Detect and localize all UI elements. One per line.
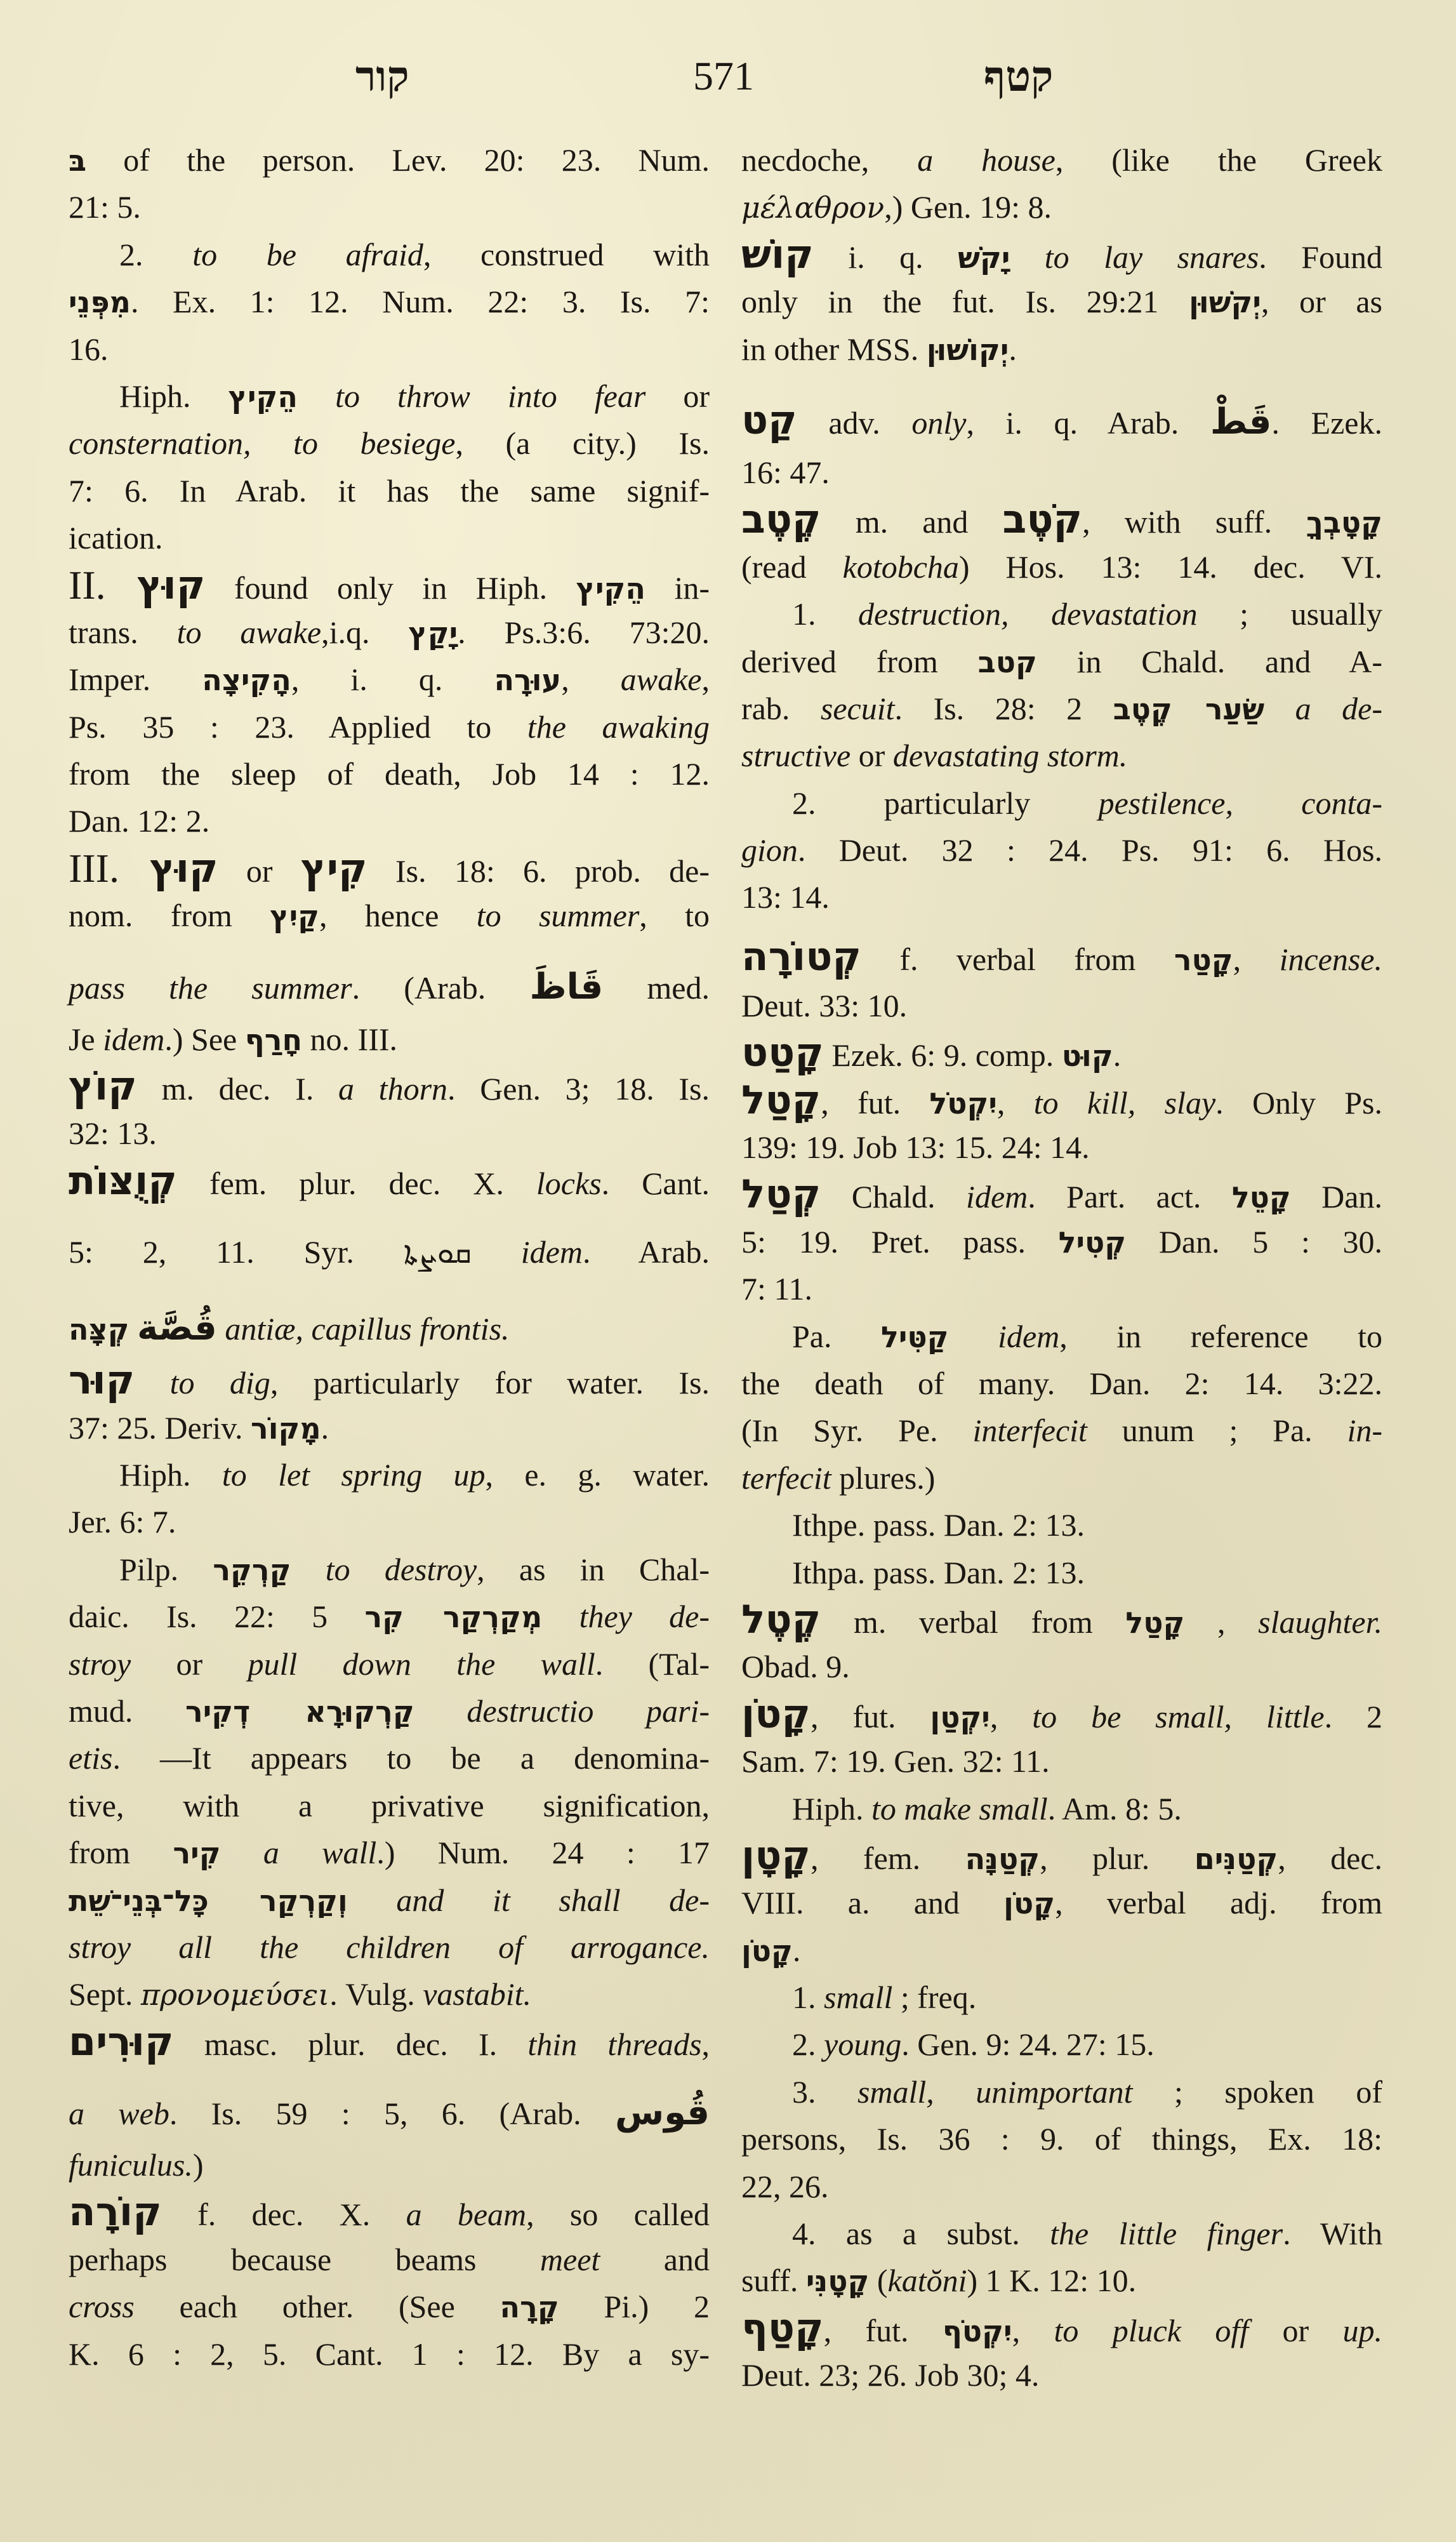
arabic-word: قَاظَ xyxy=(529,966,603,1008)
text-line: Ithpa. pass. Dan. 2: 13. xyxy=(741,1549,1382,1596)
text-run: 16. xyxy=(69,331,109,367)
arabic-word: قَطْ xyxy=(1210,401,1272,443)
italic-gloss: cross xyxy=(69,2289,135,2324)
text-run: . —It appears to be a denomina- xyxy=(112,1740,710,1776)
text-run: , fut. xyxy=(821,1085,929,1121)
text-run: Hiph. xyxy=(792,1791,871,1827)
italic-gloss: small xyxy=(824,1980,892,2015)
italic-gloss: structive xyxy=(741,738,850,773)
headword-hebrew: קָטַף xyxy=(741,2305,824,2351)
text-run: 21: 5. xyxy=(69,189,141,225)
italic-gloss: thin threads xyxy=(527,2026,701,2062)
italic-gloss: to lay snares xyxy=(1045,239,1259,275)
headword-hebrew: קְוֻצּוֹת xyxy=(69,1157,177,1204)
text-run: , xyxy=(997,1085,1034,1121)
headword-hebrew: קוּץ xyxy=(150,845,218,891)
hebrew-word: בּ xyxy=(69,143,86,178)
text-line: K. 6 : 2, 5. Cant. 1 : 12. By a sy- xyxy=(69,2331,710,2378)
text-run xyxy=(949,1319,998,1354)
text-run: . xyxy=(793,1933,801,1968)
text-run: 4. as a subst. xyxy=(792,2216,1050,2251)
text-line: 1. destruction, devastation ; usually xyxy=(741,590,1382,637)
italic-gloss: stroy all the children of arrogance. xyxy=(69,1929,710,1965)
italic-gloss: idem xyxy=(998,1319,1059,1354)
text-run: 139: 19. Job 13: 15. 24: 14. xyxy=(741,1129,1090,1165)
italic-gloss: to pluck off xyxy=(1054,2313,1248,2348)
hebrew-word: יְקוֹשׁוּן xyxy=(927,333,1009,367)
text-line: nom. from קַיִץ, hence to summer, to xyxy=(69,892,710,939)
italic-gloss: small, unimportant xyxy=(857,2074,1133,2110)
hebrew-word: קַטִּיל xyxy=(881,1320,949,1354)
text-run xyxy=(414,1693,467,1729)
text-run: . Is. 59 : 5, 6. (Arab. xyxy=(169,2096,615,2131)
text-line: in other MSS. יְקוֹשׁוּן. xyxy=(741,326,1382,373)
running-head-first-word: קור xyxy=(355,44,409,108)
text-run: Deut. 33: 10. xyxy=(741,988,907,1023)
text-run: daic. Is. 22: 5 xyxy=(69,1599,364,1634)
text-run: . Found xyxy=(1259,239,1382,275)
text-line: Sept. προνομεύσει. Vulg. vastabit. xyxy=(69,1971,710,2018)
text-run: (In Syr. Pe. xyxy=(741,1413,972,1448)
text-run: each other. (See xyxy=(135,2289,500,2324)
text-line: derived from קטב in Chald. and A- xyxy=(741,638,1382,685)
text-run: , particularly for water. Is. xyxy=(270,1365,710,1401)
text-run: med. xyxy=(603,970,710,1006)
text-line: cross each other. (See קָרָה Pi.) 2 xyxy=(69,2283,710,2330)
text-run: Hiph. xyxy=(119,378,228,414)
text-line: קָטַף, fut. יִקְטֹף, to pluck off or up. xyxy=(741,2305,1382,2352)
text-run: . Part. act. xyxy=(1028,1179,1232,1214)
text-run: only in the fut. Is. 29:21 xyxy=(741,284,1189,319)
text-line: 5: 2, 11. Syr. ܩܘܨܬܐ idem. Arab. xyxy=(69,1204,710,1281)
hebrew-word: יָקַץ xyxy=(408,616,458,650)
headword-hebrew: קָטֹן xyxy=(741,1691,811,1737)
italic-gloss: locks xyxy=(536,1166,602,1201)
homonym-number: III. xyxy=(69,846,150,891)
italic-gloss: young xyxy=(824,2026,901,2062)
text-line: קְצָּה قُصَّة antiæ, capillus frontis. xyxy=(69,1281,710,1357)
hebrew-word: קְצָּה xyxy=(69,1312,129,1347)
text-run: Dan. xyxy=(1291,1179,1382,1214)
text-run: , xyxy=(990,1699,1032,1734)
text-run: , xyxy=(561,662,621,697)
text-run: m. verbal from xyxy=(821,1604,1125,1640)
text-line: קָטֹן, fut. יִקְטַן, to be small, little… xyxy=(741,1691,1382,1738)
text-run xyxy=(1264,691,1295,726)
text-run: m. and xyxy=(821,504,1003,540)
hebrew-word: קָטֵל xyxy=(1232,1180,1291,1214)
text-run: Ithpa. pass. Dan. 2: 13. xyxy=(792,1555,1085,1590)
text-line: only in the fut. Is. 29:21 יְקֹשׁוּן, or… xyxy=(741,278,1382,325)
text-run xyxy=(472,1234,521,1270)
arabic-word: قُوس xyxy=(615,2092,710,2133)
text-run: . Ex. 1: 12. Num. 22: 3. Is. 7: xyxy=(131,284,710,319)
text-line: suff. קָטָנִּי (katŏni) 1 K. 12: 10. xyxy=(741,2257,1382,2304)
text-run: . xyxy=(321,1410,329,1446)
text-line: Ps. 35 : 23. Applied to the awaking xyxy=(69,703,710,750)
text-run: . (Tal- xyxy=(595,1646,710,1682)
text-line: 5: 19. Pret. pass. קְטִיל Dan. 5 : 30. xyxy=(741,1218,1382,1265)
hebrew-word: קַרְקֵר xyxy=(213,1553,291,1587)
right-column: necdoche, a house, (like the Greekμέλαθρ… xyxy=(741,136,1382,2399)
hebrew-word: קוּט xyxy=(1062,1039,1113,1073)
text-line: III. קוּץ or קִיץ Is. 18: 6. prob. de- xyxy=(69,845,710,892)
text-run: from the sleep of death, Job 14 : 12. xyxy=(69,756,710,792)
text-line: קָטָן, fem. קְטַנָּה, plur. קְטַנִּים, d… xyxy=(741,1832,1382,1879)
text-run: or xyxy=(218,853,301,889)
hebrew-word: קַיִץ xyxy=(270,899,319,933)
text-line: קְטַל Chald. idem. Part. act. קָטֵל Dan. xyxy=(741,1171,1382,1218)
text-line: 7: 11. xyxy=(741,1265,1382,1312)
hebrew-word: וְקַרְקַר כָּל־בְּנֵי־שֵׁת xyxy=(69,1884,348,1918)
text-line: tive, with a privative signification, xyxy=(69,1782,710,1829)
text-line: קָטַט Ezek. 6: 9. comp. קוּט. xyxy=(741,1029,1382,1076)
text-run: Sept. xyxy=(69,1976,141,2012)
italic-gloss: a house xyxy=(917,142,1056,178)
headword-hebrew: קָטַט xyxy=(741,1029,824,1075)
text-run: , with suff. xyxy=(1082,504,1306,540)
text-line: ication. xyxy=(69,514,710,561)
text-run: Imper. xyxy=(69,662,202,697)
text-line: קָטַל, fut. יִקְטֹל, to kill, slay. Only… xyxy=(741,1077,1382,1124)
hebrew-word: יִקְטֹף xyxy=(943,2314,1012,2348)
text-run xyxy=(217,1311,225,1347)
italic-gloss: to be afraid xyxy=(192,237,423,272)
hebrew-word: קְטִיל xyxy=(1059,1225,1127,1260)
text-run: Pa. xyxy=(792,1319,881,1354)
text-run: unum ; Pa. xyxy=(1087,1413,1347,1448)
text-run: trans. xyxy=(69,615,177,650)
text-line: Sam. 7: 19. Gen. 32: 11. xyxy=(741,1738,1382,1785)
text-run xyxy=(135,1365,169,1401)
hebrew-word: הֵקִיץ xyxy=(228,380,298,414)
italic-gloss: pull down the wall xyxy=(248,1646,595,1682)
text-run: ( xyxy=(869,2263,887,2298)
italic-gloss: devastating storm. xyxy=(893,738,1127,773)
text-line: stroy all the children of arrogance. xyxy=(69,1924,710,1971)
hebrew-word: קטב xyxy=(978,645,1037,679)
hebrew-word: יִקְטֹל xyxy=(929,1086,997,1121)
hebrew-word: יִקְטַן xyxy=(930,1700,989,1734)
headword-hebrew: קוּרִים xyxy=(69,2018,174,2065)
text-run: ,i.q. xyxy=(321,615,408,650)
text-line: 139: 19. Job 13: 15. 24: 14. xyxy=(741,1124,1382,1171)
hebrew-word: מְקַרְקַר קִר xyxy=(364,1600,542,1634)
text-run: (read xyxy=(741,549,843,585)
text-run xyxy=(291,1552,325,1587)
italic-gloss: slaughter. xyxy=(1258,1604,1382,1640)
text-line: from קִיר a wall.) Num. 24 : 17 xyxy=(69,1829,710,1876)
italic-gloss: idem xyxy=(521,1234,583,1270)
italic-gloss: a web xyxy=(69,2096,169,2131)
headword-hebrew: קִיץ xyxy=(301,845,367,891)
text-line: II. קוּץ found only in Hiph. הֵקִיץ in- xyxy=(69,562,710,609)
text-run: . Cant. xyxy=(602,1166,710,1201)
text-run xyxy=(129,1311,138,1347)
text-line: terfecit plures.) xyxy=(741,1454,1382,1501)
italic-gloss: pass the summer xyxy=(69,970,352,1006)
hebrew-word: חָרַף xyxy=(245,1023,302,1057)
text-line: קָטֹן. xyxy=(741,1927,1382,1974)
text-run: ) xyxy=(193,2147,204,2183)
text-run: suff. xyxy=(741,2263,806,2298)
text-run: 1. xyxy=(792,1980,824,2015)
text-line: trans. to awake,i.q. יָקַץ. Ps.3:6. 73:2… xyxy=(69,609,710,656)
text-line: קֶטֶל m. verbal from קָטַל , slaughter. xyxy=(741,1596,1382,1643)
hebrew-word: יְקֹשׁוּן xyxy=(1189,285,1261,319)
text-line: Jer. 6: 7. xyxy=(69,1498,710,1545)
text-run: , xyxy=(702,662,710,697)
text-line: Imper. הָקִיצָה, i. q. עוּרָה, awake, xyxy=(69,656,710,703)
text-run: no. III. xyxy=(302,1021,397,1057)
running-head: קור 571 קטף xyxy=(0,44,1456,108)
text-line: Obad. 9. xyxy=(741,1643,1382,1690)
text-run: i. q. xyxy=(814,239,958,275)
text-run: , fem. xyxy=(811,1840,965,1876)
hebrew-word: הֵקִיץ xyxy=(576,571,645,606)
headword-hebrew: קָטָן xyxy=(741,1832,811,1879)
hebrew-word: שַׂעַר קֶטֶב xyxy=(1113,692,1264,726)
headword-hebrew: קֶטֶל xyxy=(741,1596,821,1642)
headword-hebrew: קוֹץ xyxy=(69,1063,137,1109)
hebrew-word: מִפְּנֵי xyxy=(69,285,131,319)
text-line: Deut. 33: 10. xyxy=(741,982,1382,1029)
text-run: , xyxy=(1012,2313,1054,2348)
text-run: , plur. xyxy=(1040,1840,1195,1876)
italic-gloss: destructio pari- xyxy=(467,1693,710,1729)
dictionary-page: קור 571 קטף בּ of the person. Lev. 20: 2… xyxy=(0,0,1456,2542)
text-run: ,) Gen. 19: 8. xyxy=(884,189,1052,225)
text-run: Ezek. 6: 9. comp. xyxy=(824,1037,1062,1073)
text-line: rab. secuit. Is. 28: 2 שַׂעַר קֶטֶב a de… xyxy=(741,685,1382,732)
text-line: necdoche, a house, (like the Greek xyxy=(741,136,1382,183)
hebrew-word: קִיר xyxy=(173,1836,220,1870)
italic-gloss: to kill, slay xyxy=(1034,1085,1215,1121)
italic-gloss: terfecit xyxy=(741,1460,831,1496)
text-line: Hiph. to make small. Am. 8: 5. xyxy=(741,1785,1382,1832)
text-run: 7: 6. In Arab. it has the same signif- xyxy=(69,473,710,509)
italic-gloss: to make small xyxy=(871,1791,1048,1827)
text-run: . Arab. xyxy=(583,1234,710,1270)
text-line: Deut. 23; 26. Job 30; 4. xyxy=(741,2352,1382,2399)
hebrew-word: יָקֹשׁ xyxy=(958,241,1010,275)
text-run: , fut. xyxy=(824,2313,943,2348)
text-run xyxy=(221,1835,263,1870)
text-run xyxy=(348,1882,397,1918)
text-run: ication. xyxy=(69,520,163,556)
text-line: μέλαθρον,) Gen. 19: 8. xyxy=(741,183,1382,230)
text-run: 16: 47. xyxy=(741,455,830,490)
italic-gloss: in- xyxy=(1347,1413,1382,1448)
text-run: or xyxy=(131,1646,248,1682)
text-line: (In Syr. Pe. interfecit unum ; Pa. in- xyxy=(741,1407,1382,1454)
text-run: or xyxy=(850,738,893,773)
text-run: . (Arab. xyxy=(352,970,530,1006)
text-run: 2. xyxy=(792,2026,824,2062)
text-run: , hence xyxy=(319,898,477,933)
text-line: 16. xyxy=(69,326,710,373)
hebrew-word: קָטָבְךָ xyxy=(1306,505,1382,540)
italic-gloss: up. xyxy=(1343,2313,1383,2348)
italic-gloss: they de- xyxy=(579,1599,710,1634)
italic-gloss: idem xyxy=(966,1179,1028,1214)
text-run: Deut. 23; 26. Job 30; 4. xyxy=(741,2357,1039,2393)
italic-gloss: only xyxy=(911,405,966,441)
text-line: funiculus.) xyxy=(69,2141,710,2188)
text-run: rab. xyxy=(741,691,821,726)
headword-hebrew: קוּץ xyxy=(137,562,206,608)
headword-hebrew: קְטוֹרָה xyxy=(741,933,861,980)
text-run: Dan. 12: 2. xyxy=(69,803,209,839)
italic-gloss: to awake xyxy=(177,615,322,650)
text-run: 2. xyxy=(119,237,192,272)
greek-word: μέλαθρον xyxy=(741,190,884,225)
italic-gloss: and it shall de- xyxy=(396,1882,710,1918)
hebrew-word: עוּרָה xyxy=(494,663,561,697)
text-run: , (like the Greek xyxy=(1056,142,1382,178)
text-run: Dan. 5 : 30. xyxy=(1126,1224,1382,1260)
italic-gloss: the little finger xyxy=(1050,2216,1283,2251)
text-run: or xyxy=(1248,2313,1342,2348)
text-run: . Only Ps. xyxy=(1215,1085,1382,1121)
greek-word: προνομεύσει xyxy=(141,1978,329,2012)
hebrew-word: קָטָנִּי xyxy=(806,2264,870,2298)
text-run: masc. plur. dec. I. xyxy=(174,2026,528,2062)
headword-hebrew: קָטַל xyxy=(741,1077,821,1123)
text-line: Ithpe. pass. Dan. 2: 13. xyxy=(741,1501,1382,1548)
text-line: 2. to be afraid, construed with xyxy=(69,231,710,278)
text-line: consternation, to besiege, (a city.) Is. xyxy=(69,420,710,467)
italic-gloss: a beam xyxy=(406,2197,527,2232)
hebrew-word: קְטַנִּים xyxy=(1195,1842,1278,1876)
text-run: m. dec. I. xyxy=(137,1071,338,1107)
headword-hebrew: קֹטֶב xyxy=(1003,496,1083,542)
text-run: , xyxy=(702,2026,710,2062)
text-run: . With xyxy=(1283,2216,1382,2251)
text-line: perhaps because beams meet and xyxy=(69,2236,710,2283)
text-run: Pi.) 2 xyxy=(559,2289,710,2324)
text-run: 3. xyxy=(792,2074,857,2110)
page-number: 571 xyxy=(693,44,754,108)
text-line: 2. particularly pestilence, conta- xyxy=(741,780,1382,827)
text-run: f. verbal from xyxy=(861,942,1174,977)
text-run: , so called xyxy=(526,2197,710,2232)
text-run: ; freq. xyxy=(892,1980,976,2015)
italic-gloss: meet xyxy=(540,2242,600,2277)
text-run: Obad. 9. xyxy=(741,1649,850,1684)
text-line: Pa. קַטִּיל idem, in reference to xyxy=(741,1313,1382,1360)
text-line: (read kotobcha) Hos. 13: 14. dec. VI. xyxy=(741,543,1382,590)
italic-gloss: a thorn xyxy=(338,1071,447,1107)
text-run: nom. from xyxy=(69,898,270,933)
text-run xyxy=(542,1599,579,1634)
text-run: Ithpe. pass. Dan. 2: 13. xyxy=(792,1507,1085,1543)
text-line: קוֹץ m. dec. I. a thorn. Gen. 3; 18. Is. xyxy=(69,1063,710,1110)
text-line: Pilp. קַרְקֵר to destroy, as in Chal- xyxy=(69,1546,710,1593)
text-line: וְקַרְקַר כָּל־בְּנֵי־שֵׁת and it shall … xyxy=(69,1877,710,1924)
hebrew-word: קָטַל xyxy=(1125,1606,1184,1640)
text-run: 32: 13. xyxy=(69,1115,157,1151)
text-run: ) Hos. 13: 14. dec. VI. xyxy=(959,549,1382,585)
text-line: Hiph. הֵקִיץ to throw into fear or xyxy=(69,373,710,420)
text-line: stroy or pull down the wall. (Tal- xyxy=(69,1640,710,1687)
text-line: 37: 25. Deriv. מָקוֹר. xyxy=(69,1404,710,1451)
text-run: in Chald. and A- xyxy=(1037,644,1382,679)
text-run: 2. particularly xyxy=(792,785,1099,821)
italic-gloss: kotobcha xyxy=(843,549,959,585)
text-line: 32: 13. xyxy=(69,1110,710,1157)
headword-hebrew: קְטַל xyxy=(741,1171,821,1217)
text-run: and xyxy=(600,2242,710,2277)
text-line: 16: 47. xyxy=(741,449,1382,496)
text-run: Chald. xyxy=(821,1179,966,1214)
italic-gloss: to throw into fear xyxy=(335,378,645,414)
text-line: daic. Is. 22: 5 מְקַרְקַר קִר they de- xyxy=(69,1593,710,1640)
text-line: 1. small ; freq. xyxy=(741,1974,1382,2021)
text-run: Is. 18: 6. prob. de- xyxy=(367,853,710,889)
text-run: ; usually xyxy=(1198,596,1382,632)
italic-gloss: to be small, little xyxy=(1032,1699,1324,1734)
text-run: . xyxy=(1009,331,1017,367)
hebrew-word: קַרְקוּרָא דְקִיר xyxy=(185,1694,414,1729)
text-line: קְוֻצּוֹת fem. plur. dec. X. locks. Cant… xyxy=(69,1157,710,1204)
italic-gloss: awake xyxy=(621,662,702,697)
hebrew-word: קָטֹן xyxy=(741,1934,793,1968)
text-run: Ps. 35 : 23. Applied to xyxy=(69,709,527,745)
text-run: plures.) xyxy=(831,1460,936,1496)
text-run: in- xyxy=(645,570,710,606)
text-run: perhaps because beams xyxy=(69,2242,540,2277)
homonym-number: II. xyxy=(69,562,137,608)
text-line: 21: 5. xyxy=(69,183,710,230)
text-run: . Ezek. xyxy=(1271,405,1382,441)
text-run: persons, Is. 36 : 9. of things, Ex. 18: xyxy=(741,2121,1382,2157)
text-run: , construed with xyxy=(423,237,710,272)
text-run: , dec. xyxy=(1278,1840,1382,1876)
italic-gloss: to let spring up xyxy=(222,1457,486,1493)
text-run: K. 6 : 2, 5. Cant. 1 : 12. By a sy- xyxy=(69,2336,710,2372)
italic-gloss: destruction, devastation xyxy=(858,596,1198,632)
text-line: etis. —It appears to be a denomina- xyxy=(69,1734,710,1781)
text-run: tive, with a privative signification, xyxy=(69,1788,710,1823)
text-run: from xyxy=(69,1835,173,1870)
text-line: gion. Deut. 32 : 24. Ps. 91: 6. Hos. xyxy=(741,827,1382,874)
text-run: Jer. 6: 7. xyxy=(69,1504,176,1540)
text-line: קְטוֹרָה f. verbal from קָטַר, incense. xyxy=(741,921,1382,982)
text-run: adv. xyxy=(797,405,912,441)
text-run: . xyxy=(1113,1037,1122,1073)
text-run: fem. plur. dec. X. xyxy=(177,1166,536,1201)
text-run: ; spoken of xyxy=(1133,2074,1383,2110)
text-line: a web. Is. 59 : 5, 6. (Arab. قُوس xyxy=(69,2065,710,2141)
text-line: 3. small, unimportant ; spoken of xyxy=(741,2068,1382,2115)
syriac-word: ܩܘܨܬܐ xyxy=(404,1235,472,1270)
text-line: structive or devastating storm. xyxy=(741,732,1382,779)
text-run: . Vulg. xyxy=(329,1976,423,2012)
text-line: pass the summer. (Arab. قَاظَ med. xyxy=(69,940,710,1016)
hebrew-word: מָקוֹר xyxy=(251,1411,321,1446)
text-line: Hiph. to let spring up, e. g. water. xyxy=(69,1451,710,1498)
text-line: 13: 14. xyxy=(741,874,1382,921)
italic-gloss: antiæ, capillus frontis. xyxy=(225,1311,509,1347)
text-run: 13: 14. xyxy=(741,879,830,915)
running-head-last-word: קטף xyxy=(984,44,1053,108)
hebrew-word: קָטַר xyxy=(1174,943,1233,977)
text-run xyxy=(298,378,335,414)
italic-gloss: a de- xyxy=(1295,691,1382,726)
text-run: , as in Chal- xyxy=(477,1552,710,1587)
headword-hebrew: קוּר xyxy=(69,1357,135,1403)
